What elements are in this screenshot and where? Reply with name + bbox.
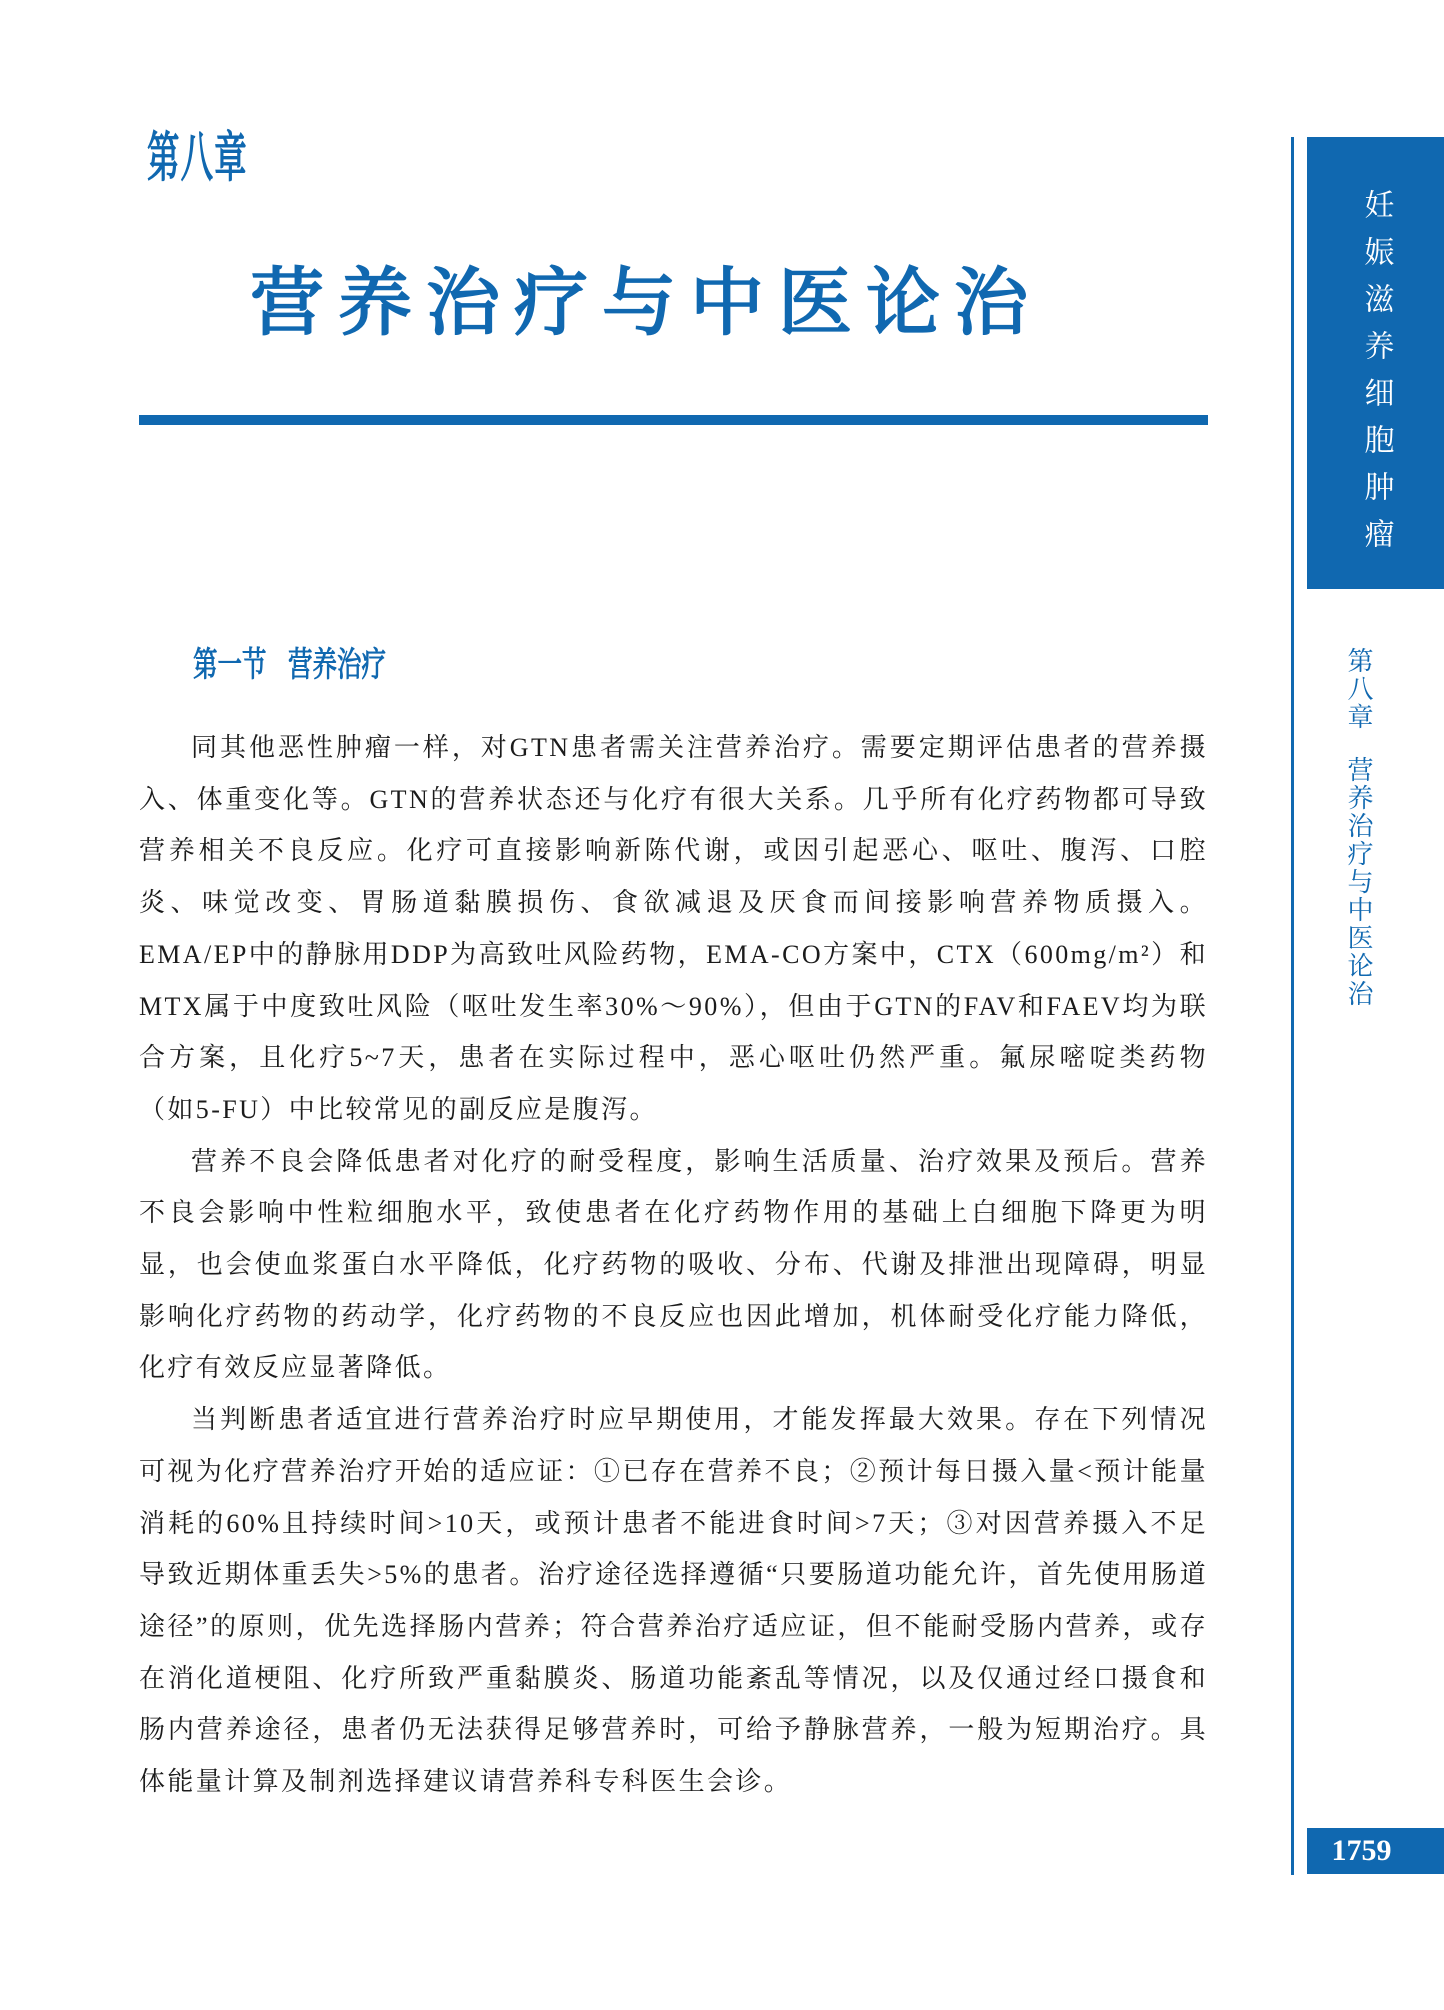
chapter-title-underline [139,415,1208,425]
body-text-block: 同其他恶性肿瘤一样，对GTN患者需关注营养治疗。需要定期评估患者的营养摄入、体重… [139,722,1208,1808]
section-number: 第一节 [193,647,266,684]
page-number-badge: 1759 [1307,1828,1444,1874]
book-title-vertical-text: 妊娠滋养细胞肿瘤 [1354,189,1398,565]
sidebar-chapter-number: 第八章 [1344,647,1373,731]
chapter-title: 营养治疗与中医论治 [139,264,1208,342]
section-heading: 第一节营养治疗 [193,646,386,686]
sidebar-chapter-title: 营养治疗与中医论治 [1344,756,1373,1008]
chapter-number-label: 第八章 [147,130,248,186]
sidebar-divider-line [1291,137,1294,1875]
book-page: { "theme": { "accent_blue": "#1068b0", "… [0,0,1444,2010]
paragraph-1: 同其他恶性肿瘤一样，对GTN患者需关注营养治疗。需要定期评估患者的营养摄入、体重… [139,722,1208,1136]
paragraph-3: 当判断患者适宜进行营养治疗时应早期使用，才能发挥最大效果。存在下列情况可视为化疗… [139,1394,1208,1808]
paragraph-2: 营养不良会降低患者对化疗的耐受程度，影响生活质量、治疗效果及预后。营养不良会影响… [139,1136,1208,1395]
sidebar-chapter-label: 第八章营养治疗与中医论治 [1340,647,1377,1008]
section-title: 营养治疗 [288,647,386,684]
sidebar-book-title-tab: 妊娠滋养细胞肿瘤 [1307,137,1444,589]
